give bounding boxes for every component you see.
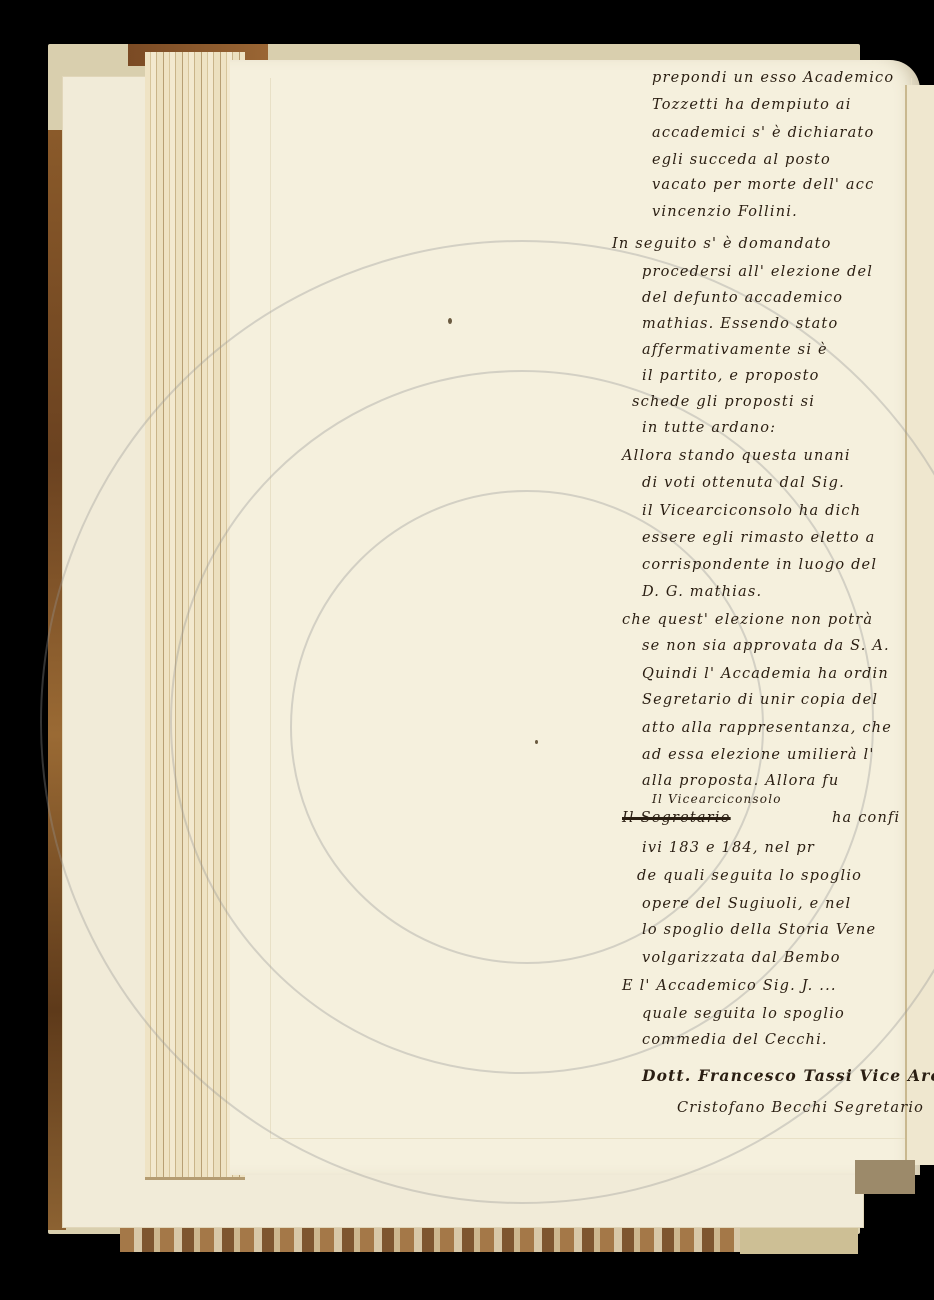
signature-segretario: Cristofano Becchi Segretario [677,1100,924,1116]
text-line: che quest' elezione non potrà [622,612,873,628]
interlinear-note: Il Vicearciconsolo [652,792,782,806]
text-line: Quindi l' Accademia ha ordin [642,666,889,682]
text-line: il Vicearciconsolo ha dich [642,503,861,519]
text-line: accademici s' è dichiarato [652,125,874,141]
text-line: Segretario di unir copia del [642,692,878,708]
text-line: il partito, e proposto [642,368,820,384]
text-line: vincenzio Follini. [652,204,798,220]
text-line: Allora stando questa unani [622,448,851,464]
text-line: del defunto accademico [642,290,843,306]
text-line: procedersi all' elezione del [642,264,873,280]
text-line: di voti ottenuta dal Sig. [642,475,845,491]
text-line: prepondi un esso Academico [652,70,894,86]
cover-corner-vellum [740,1228,858,1254]
text-line: in tutte ardano: [642,420,776,436]
text-line: lo spoglio della Storia Vene [642,922,876,938]
text-line: D. G. mathias. [642,584,762,600]
text-line: opere del Sugiuoli, e nel [642,896,851,912]
text-line: egli succeda al posto [652,152,831,168]
text-line: volgarizzata dal Bembo [642,950,841,966]
text-line: affermativamente si è [642,342,828,358]
ink-speck [448,318,452,324]
text-line: vacato per morte dell' acc [652,177,874,193]
text-line: E l' Accademico Sig. J. ... [622,978,837,994]
text-line: In seguito s' è domandato [612,236,832,252]
text-line: schede gli proposti si [632,394,815,410]
text-line: Tozzetti ha dempiuto ai [652,97,852,113]
text-line: de quali seguita lo spoglio [637,868,862,884]
text-line: atto alla rappresentanza, che [642,720,892,736]
text-line: essere egli rimasto eletto a [642,530,876,546]
signature-vice-arciconsolo: Dott. Francesco Tassi Vice Arciconsolo [642,1066,934,1085]
text-line: commedia del Cecchi. [642,1032,828,1048]
margin-continuation: ha confi [832,810,900,826]
struck-text: Il Segretario [622,810,731,826]
cover-marbled-edge-bottom [120,1228,740,1252]
ink-speck [535,740,538,744]
text-line: corrispondente in luogo del [642,557,877,573]
text-line: alla proposta. Allora fu [642,773,839,789]
torn-page-corner [855,1160,915,1194]
text-line: mathias. Essendo stato [642,316,838,332]
text-line: quale seguita lo spoglio [642,1006,845,1022]
text-line: ad essa elezione umilierà l' [642,747,875,763]
text-line: ivi 183 e 184, nel pr [642,840,815,856]
text-line: se non sia approvata da S. A. [642,638,890,654]
